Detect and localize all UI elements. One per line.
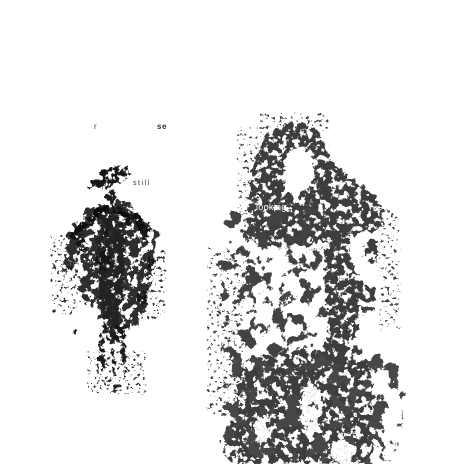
ink-figure-art <box>52 166 166 395</box>
art-canvas: r se still looking <box>0 0 464 464</box>
text-fragment-r: r <box>94 123 97 131</box>
figure-plume <box>116 166 125 175</box>
figure-plume2 <box>125 171 131 177</box>
text-looking: looking <box>256 203 287 212</box>
artwork-svg <box>0 0 464 464</box>
text-still: still <box>133 180 151 187</box>
figure-head <box>106 191 116 203</box>
figure-neck <box>107 203 114 215</box>
ink-blob-art <box>208 114 404 464</box>
text-fragment-se: se <box>157 123 167 131</box>
